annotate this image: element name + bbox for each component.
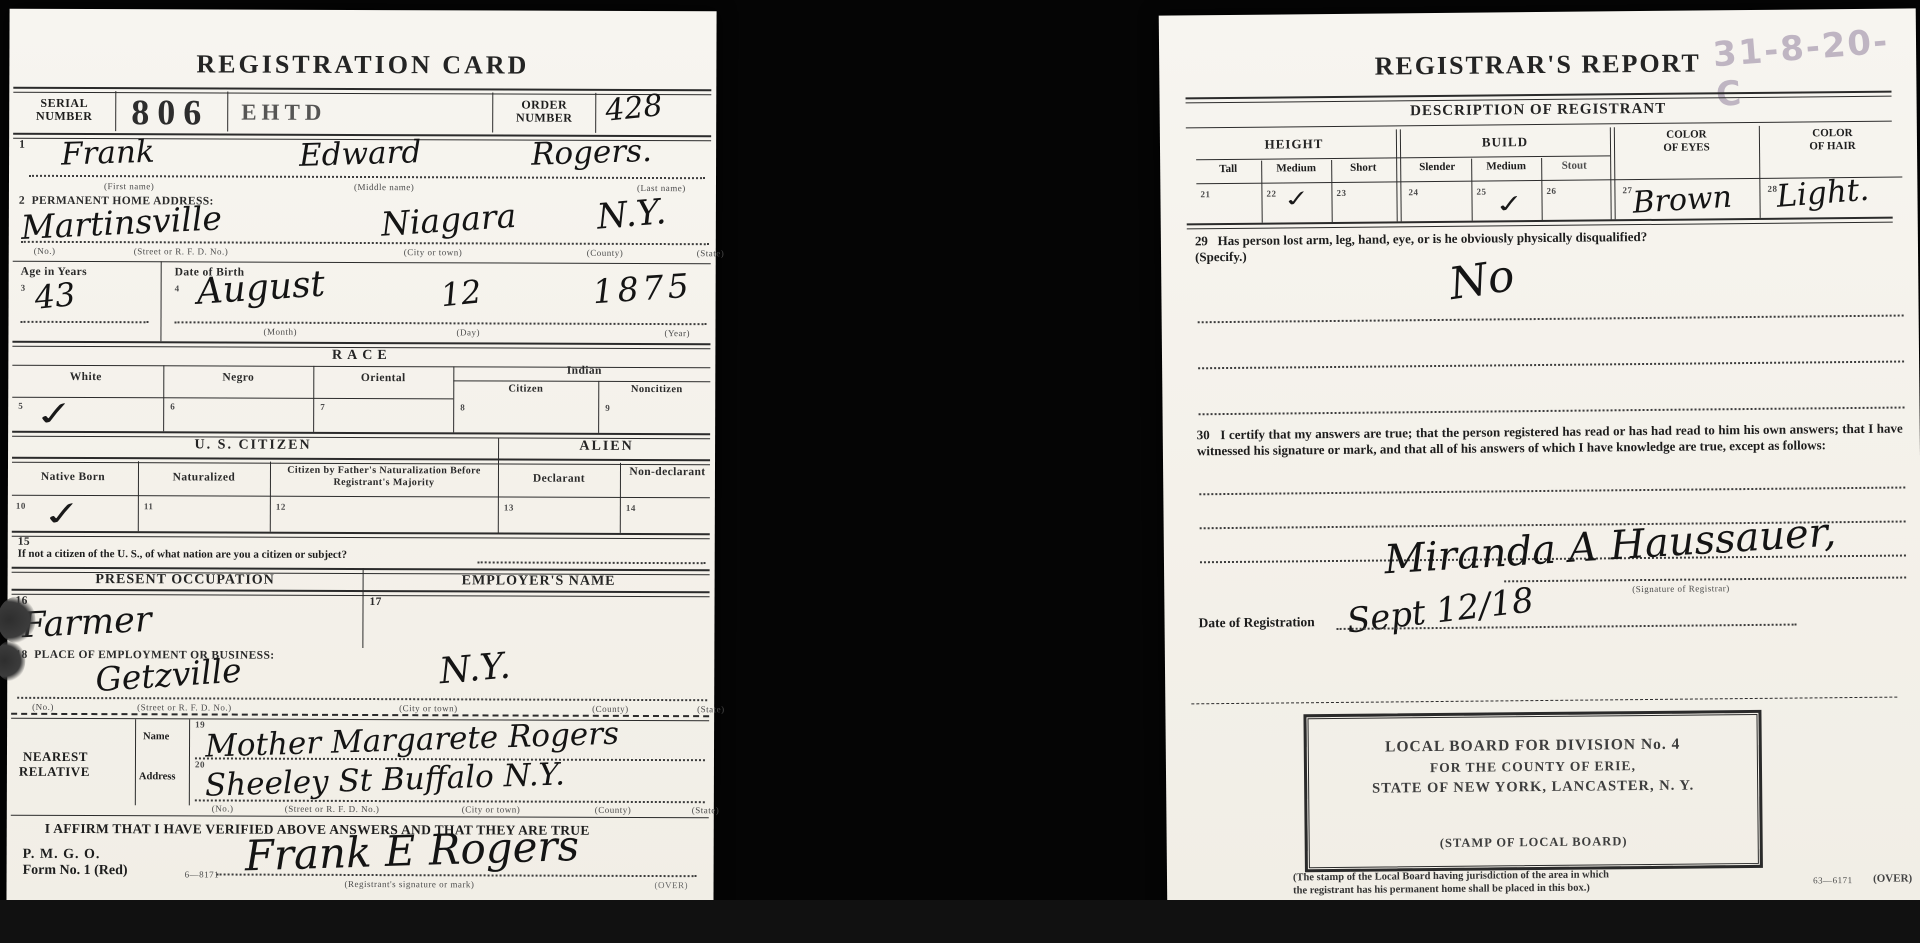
birth-sublabel-month: (Month) — [263, 327, 297, 337]
relative-name-label: Name — [143, 731, 169, 742]
relative-address-label: Address — [139, 771, 176, 782]
employment-state-value: N.Y. — [438, 645, 512, 692]
race-white-label: White — [8, 371, 163, 384]
declarant-label: Declarant — [498, 472, 620, 484]
employment-sublabel-street: (Street or R. F. D. No.) — [137, 702, 232, 712]
entered-stamp: EHTD — [241, 100, 326, 126]
build-stout-label: Stout — [1542, 159, 1606, 172]
serial-number-label-line2: NUMBER — [36, 109, 92, 123]
registration-card-title: REGISTRATION CARD — [9, 49, 716, 81]
divider — [498, 438, 499, 532]
divider — [1400, 129, 1402, 221]
address-sublabel-city: (City or town) — [404, 247, 463, 257]
print-code: 63—6171 — [1813, 875, 1853, 885]
field-number: 9 — [605, 403, 610, 413]
race-section-header: RACE — [8, 347, 715, 365]
field-number: 5 — [18, 401, 23, 411]
field-number: 29 — [1195, 233, 1208, 248]
date-of-registration-value: Sept 12/18 — [1345, 580, 1536, 641]
hair-header: COLOR OF HAIR — [1763, 127, 1902, 154]
race-white-checkmark: ✓ — [32, 394, 78, 435]
dotted-line — [17, 697, 707, 701]
field-number: 8 — [460, 402, 465, 412]
print-code: 6—8171 — [185, 869, 220, 879]
field-number: 17 — [370, 596, 382, 608]
nearest-relative-label-line2: RELATIVE — [19, 764, 90, 780]
first-name-sublabel: (First name) — [104, 181, 154, 191]
board-stamp-caption: (STAMP OF LOCAL BOARD) — [1308, 833, 1760, 852]
ink-blot — [0, 641, 25, 681]
height-header: HEIGHT — [1196, 135, 1392, 153]
home-address-state: N.Y. — [595, 192, 667, 238]
registrant-signature: Frank E Rogers — [244, 821, 580, 880]
build-medium-label: Medium — [1472, 160, 1540, 173]
divider — [189, 719, 190, 805]
form-number: Form No. 1 (Red) — [23, 863, 128, 879]
address-sublabel-street: (Street or R. F. D. No.) — [134, 246, 229, 256]
field-number: 10 — [16, 501, 26, 511]
build-slender-label: Slender — [1404, 161, 1470, 174]
relative-sublabel-city: (City or town) — [462, 804, 521, 814]
dotted-line — [1199, 487, 1905, 496]
order-number-label-line2: NUMBER — [516, 111, 572, 125]
rule — [12, 495, 710, 498]
over-note: (OVER) — [655, 880, 689, 890]
field-number: 26 — [1546, 186, 1556, 196]
registrar-signature-sublabel: (Signature of Registrar) — [1632, 583, 1730, 594]
certification-statement: 30 I certify that my answers are true; t… — [1197, 421, 1903, 460]
dotted-line — [174, 321, 706, 325]
registrant-last-name: Rogers. — [531, 133, 653, 173]
employment-sublabel-state: (State) — [697, 704, 725, 714]
build-header: BUILD — [1404, 133, 1606, 151]
rule — [12, 397, 453, 400]
birth-year-value: 1875 — [591, 266, 693, 312]
address-sublabel-state: (State) — [697, 248, 725, 258]
eyes-header-line1: COLOR — [1666, 128, 1706, 140]
divider — [227, 92, 228, 132]
birth-sublabel-day: (Day) — [456, 327, 480, 337]
home-address-town: Martinsville — [20, 198, 223, 247]
eye-color-value: Brown — [1632, 180, 1733, 221]
divider — [135, 719, 136, 805]
rule — [12, 531, 710, 539]
height-tall-label: Tall — [1196, 163, 1260, 176]
relative-sublabel-county: (County) — [595, 805, 632, 815]
board-stamp-line1: LOCAL BOARD FOR DIVISION No. 4 — [1307, 735, 1759, 757]
rule — [11, 815, 709, 818]
rule — [12, 589, 710, 597]
board-stamp-line3: STATE OF NEW YORK, LANCASTER, N. Y. — [1307, 777, 1759, 798]
field-number: 3 — [21, 283, 26, 293]
non-declarant-label: Non-declarant — [620, 466, 715, 478]
board-stamp-note-line1: (The stamp of the Local Board having jur… — [1293, 869, 1609, 883]
home-address-county: Niagara — [380, 196, 518, 244]
employment-city-value: Getzville — [94, 651, 243, 700]
occupation-value: Farmer — [21, 600, 153, 646]
occupation-header: PRESENT OCCUPATION — [8, 572, 363, 589]
field-number: 7 — [320, 402, 325, 412]
board-stamp-line2: FOR THE COUNTY OF ERIE, — [1307, 757, 1759, 777]
race-negro-label: Negro — [163, 371, 313, 384]
order-number-value: 428 — [604, 88, 665, 129]
divider — [598, 381, 599, 433]
hair-header-line2: OF HAIR — [1809, 140, 1855, 152]
divider — [160, 261, 161, 341]
divider — [595, 93, 596, 133]
dotted-line — [20, 321, 148, 323]
form-issuer: P. M. G. O. — [23, 847, 101, 863]
us-citizen-header: U. S. CITIZEN — [8, 437, 498, 455]
dotted-line — [1199, 407, 1905, 416]
field-number: 15 — [18, 536, 30, 548]
serial-number-value: 806 — [131, 91, 209, 133]
height-medium-checkmark: ✓ — [1281, 184, 1312, 213]
field-number: 22 — [1266, 189, 1276, 199]
field-number: 30 — [1197, 427, 1210, 442]
dotted-line — [478, 561, 706, 564]
certification-statement-text: I certify that my answers are true; that… — [1197, 421, 1903, 459]
disqualification-answer: No — [1446, 250, 1518, 310]
employer-header: EMPLOYER'S NAME — [363, 573, 715, 590]
birth-sublabel-year: (Year) — [664, 328, 690, 338]
disqualification-question-text: Has person lost arm, leg, hand, eye, or … — [1218, 229, 1648, 248]
build-medium-checkmark: ✓ — [1493, 190, 1527, 220]
divider — [1610, 127, 1612, 219]
dotted-line — [1504, 577, 1906, 583]
disqualification-question: 29 Has person lost arm, leg, hand, eye, … — [1195, 227, 1899, 250]
middle-name-sublabel: (Middle name) — [354, 182, 414, 192]
order-number-label-line1: ORDER — [521, 98, 567, 112]
rule — [13, 261, 711, 264]
field-number: 2 — [19, 195, 25, 207]
serial-number-label: SERIAL NUMBER — [21, 97, 107, 123]
age-value: 43 — [33, 275, 77, 317]
employment-sublabel-county: (County) — [592, 704, 629, 714]
naturalized-label: Naturalized — [138, 471, 270, 483]
divider — [362, 568, 363, 648]
native-born-label: Native Born — [8, 471, 138, 483]
eyes-header: COLOR OF EYES — [1618, 128, 1755, 155]
field-number: 25 — [1476, 187, 1486, 197]
nearest-relative-label-line1: NEAREST — [23, 749, 88, 765]
race-indian-citizen-label: Citizen — [453, 383, 598, 395]
dotted-line — [29, 175, 705, 179]
divider — [115, 91, 116, 131]
rule — [453, 380, 710, 382]
rule — [1191, 697, 1897, 705]
dotted-line — [1198, 315, 1904, 324]
dotted-line — [1198, 361, 1904, 370]
scanned-document-page: { "colors": {"paper": "#f6f4ee", "ink": … — [0, 0, 1920, 943]
board-stamp-note: (The stamp of the Local Board having jur… — [1293, 868, 1773, 898]
field-number: 24 — [1408, 187, 1418, 197]
employment-sublabel-no: (No.) — [32, 702, 54, 712]
over-note: (OVER) — [1873, 872, 1912, 884]
local-board-stamp-box: LOCAL BOARD FOR DIVISION No. 4 FOR THE C… — [1303, 710, 1762, 872]
dotted-line — [195, 799, 705, 803]
field-number: 12 — [276, 502, 286, 512]
height-short-label: Short — [1332, 161, 1394, 174]
divider — [492, 92, 493, 132]
field-number: 1 — [19, 139, 25, 151]
relative-sublabel-state: (State) — [692, 805, 720, 815]
field-number: 11 — [144, 501, 154, 511]
height-medium-label: Medium — [1262, 162, 1330, 175]
address-sublabel-county: (County) — [587, 248, 624, 258]
registration-card: REGISTRATION CARD SERIAL NUMBER 806 EHTD… — [6, 9, 716, 924]
hair-color-value: Light. — [1775, 172, 1870, 215]
field-number: 13 — [504, 502, 514, 512]
race-indian-label: Indian — [453, 364, 715, 377]
employment-sublabel-city: (City or town) — [399, 703, 458, 713]
citizenship-question: If not a citizen of the U. S., of what n… — [18, 548, 347, 561]
registrant-signature-sublabel: (Registrant's signature or mark) — [345, 879, 475, 889]
divider — [1396, 129, 1398, 221]
divider — [1759, 126, 1761, 218]
birth-month-value: August — [195, 263, 326, 312]
race-oriental-label: Oriental — [313, 372, 453, 384]
registrant-middle-name: Edward — [299, 134, 422, 174]
birth-day-value: 12 — [439, 272, 483, 314]
native-born-checkmark: ✓ — [40, 494, 86, 535]
citizen-by-father-label: Citizen by Father's Naturalization Befor… — [274, 465, 494, 490]
order-number-label: ORDER NUMBER — [501, 98, 587, 124]
divider — [1614, 127, 1616, 219]
specify-label: (Specify.) — [1195, 249, 1247, 265]
registrars-report-card: REGISTRAR'S REPORT 31-8-20-C DESCRIPTION… — [1159, 8, 1920, 908]
scan-bottom-strip — [0, 900, 1920, 943]
field-number: 4 — [175, 283, 180, 293]
field-number: 6 — [170, 401, 175, 411]
race-indian-noncitizen-label: Noncitizen — [598, 384, 715, 395]
relative-address-value: Sheeley St Buffalo N.Y. — [204, 756, 565, 803]
eyes-header-line2: OF EYES — [1663, 141, 1709, 153]
rule — [12, 457, 710, 465]
board-stamp-note-line2: the registrant has his permanent home sh… — [1293, 882, 1590, 896]
hair-header-line1: COLOR — [1812, 127, 1852, 139]
date-of-registration-label: Date of Registration — [1198, 614, 1314, 631]
field-number: 23 — [1336, 188, 1346, 198]
address-sublabel-no: (No.) — [34, 246, 56, 256]
relative-sublabel-no: (No.) — [212, 803, 234, 813]
field-number: 14 — [626, 503, 636, 513]
alien-header: ALIEN — [498, 438, 715, 455]
registrant-first-name: Frank — [61, 134, 156, 173]
registrar-signature: Miranda A Haussauer, — [1383, 509, 1838, 583]
field-number: 21 — [1200, 189, 1210, 199]
dotted-line — [21, 241, 709, 245]
relative-sublabel-street: (Street or R. F. D. No.) — [285, 804, 380, 814]
